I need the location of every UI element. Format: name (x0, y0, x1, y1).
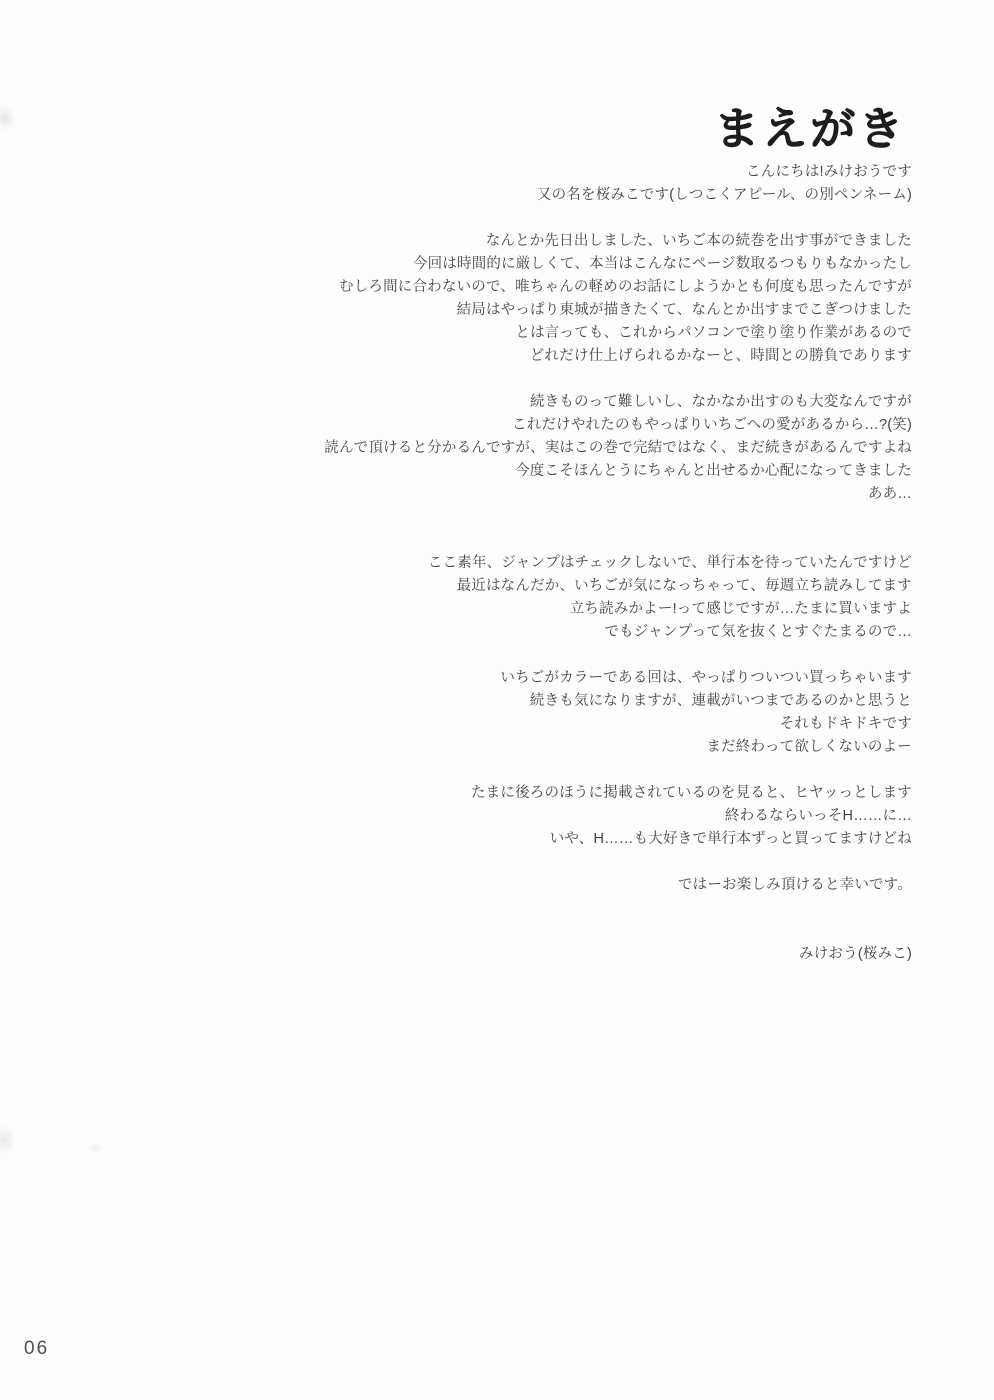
text-line: ここ素年、ジャンプはチェックしないで、単行本を待っていたんですけど (60, 552, 912, 575)
paragraph: いちごがカラーである回は、やっぱりついつい買っちゃいます続きも気になりますが、連… (60, 667, 912, 759)
text-line: いちごがカラーである回は、やっぱりついつい買っちゃいます (60, 667, 912, 690)
text-line: これだけやれたのもやっぱりいちごへの愛があるから…?(笑) (60, 414, 912, 437)
page-title: まえがき (714, 92, 906, 157)
paragraph: なんとか先日出しました、いちご本の続巻を出す事ができました今回は時間的に厳しくて… (60, 230, 912, 368)
paragraph: 続きものって難しいし、なかなか出すのも大変なんですがこれだけやれたのもやっぱりい… (60, 391, 912, 506)
scan-smudge (88, 1142, 102, 1154)
text-line: でもジャンプって気を抜くとすぐたまるので… (60, 621, 912, 644)
text-line: ではーお楽しみ頂けると幸いです。 (60, 874, 912, 897)
paragraph: ではーお楽しみ頂けると幸いです。 (60, 874, 912, 897)
paragraph: たまに後ろのほうに掲載されているのを見ると、ヒヤッっとします終わるならいっそH…… (60, 782, 912, 851)
text-line: 今回は時間的に厳しくて、本当はこんなにページ数取るつもりもなかったし (60, 253, 912, 276)
text-line: まだ終わって欲しくないのよー (60, 736, 912, 759)
scan-smudge (0, 105, 16, 131)
text-line: たまに後ろのほうに掲載されているのを見ると、ヒヤッっとします (60, 782, 912, 805)
text-line: 又の名を桜みこです(しつこくアピール、の別ペンネーム) (60, 184, 912, 207)
paragraph: ここ素年、ジャンプはチェックしないで、単行本を待っていたんですけど最近はなんだか… (60, 552, 912, 644)
text-line: ああ… (60, 483, 912, 506)
text-line: とは言っても、これからパソコンで塗り塗り作業があるので (60, 322, 912, 345)
text-line: それもドキドキです (60, 713, 912, 736)
paragraph: こんにちは!みけおうです又の名を桜みこです(しつこくアピール、の別ペンネーム) (60, 161, 912, 207)
text-line: 終わるならいっそH……に… (60, 805, 912, 828)
page-number: 06 (24, 1338, 49, 1360)
text-line: なんとか先日出しました、いちご本の続巻を出す事ができました (60, 230, 912, 253)
text-line: どれだけ仕上げられるかなーと、時間との勝負であります (60, 345, 912, 368)
text-line: こんにちは!みけおうです (60, 161, 912, 184)
text-line: みけおう(桜みこ) (60, 943, 912, 966)
scan-smudge (0, 1125, 16, 1155)
text-line: 読んで頂けると分かるんですが、実はこの巻で完結ではなく、まだ続きがあるんですよね (60, 437, 912, 460)
foreword-text: こんにちは!みけおうです又の名を桜みこです(しつこくアピール、の別ペンネーム)な… (60, 161, 912, 989)
text-line: 続きも気になりますが、連載がいつまであるのかと思うと (60, 690, 912, 713)
scanned-page: まえがき こんにちは!みけおうです又の名を桜みこです(しつこくアピール、の別ペン… (0, 0, 994, 1400)
text-line: いや、H……も大好きで単行本ずっと買ってますけどね (60, 828, 912, 851)
text-line: 立ち読みかよー!って感じですが…たまに買いますよ (60, 598, 912, 621)
text-line: 続きものって難しいし、なかなか出すのも大変なんですが (60, 391, 912, 414)
text-line: 結局はやっぱり東城が描きたくて、なんとか出すまでこぎつけました (60, 299, 912, 322)
paragraph: みけおう(桜みこ) (60, 943, 912, 966)
text-line: むしろ間に合わないので、唯ちゃんの軽めのお話にしようかとも何度も思ったんですが (60, 276, 912, 299)
text-line: 今度こそほんとうにちゃんと出せるか心配になってきました (60, 460, 912, 483)
text-line: 最近はなんだか、いちごが気になっちゃって、毎週立ち読みしてます (60, 575, 912, 598)
